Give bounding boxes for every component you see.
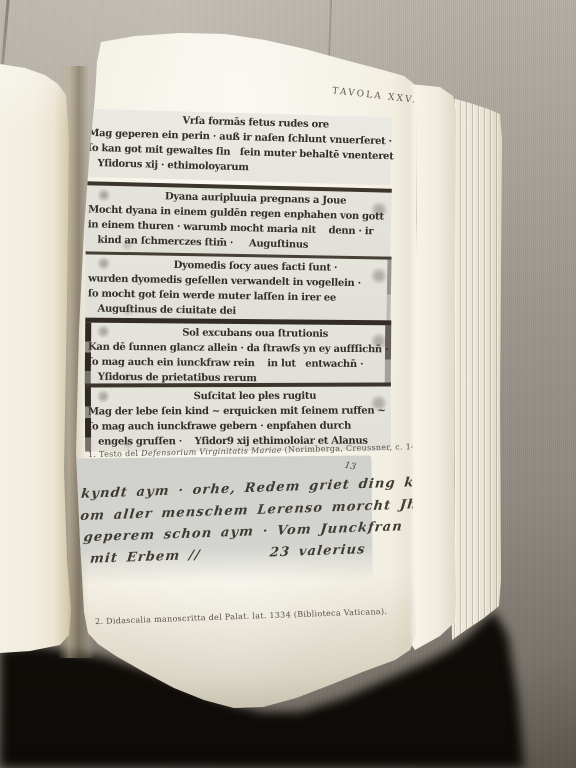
strip-5-line: ſo mag auch iunckfrawe gebern · enpfahen… (88, 418, 388, 434)
strip-5-line: Mag der lebe ſein kind ~ erquicken mit ſ… (88, 403, 388, 419)
caption-2-text: Didascalia manoscritta del Palat. lat. 1… (103, 607, 387, 626)
facsimile-strip-4: Sol excubans oua ſtrutionis Kan dē ſunne… (85, 318, 392, 388)
plate-label: TAVOLA XXV. (332, 86, 418, 106)
manuscript-line: geperem schon aym · Vom Junckfran (83, 519, 404, 545)
page-stack-outer (450, 94, 504, 646)
caption-2: 2. Didascalia manoscritta del Palat. lat… (95, 607, 387, 626)
strip-5-heading: Suſcitat leo ples rugitu (88, 388, 388, 404)
photo-background: TAVOLA XXV. Vrſa formās fetus rudes ore … (0, 0, 576, 768)
facsimile-strip-2: Dyana auripluuia pregnans a Joue Mocht d… (84, 181, 392, 259)
manuscript-page-number: 13 (343, 461, 356, 473)
facsimile-strip-1: Vrſa formās fetus rudes ore Mag geperen … (84, 109, 392, 186)
right-page: TAVOLA XXV. Vrſa formās fetus rudes ore … (64, 30, 418, 712)
manuscript-facsimile: 13 kyndt aym · orhe, Redem griet ding ko… (71, 455, 372, 584)
facsimile-strip-3: Dyomedis ſocy aues facti ſunt · wurden d… (84, 251, 391, 322)
facsimile-strip-5: Suſcitat leo ples rugitu Mag der lebe ſe… (85, 382, 391, 451)
manuscript-line: mit Erbem // 23 valerius (89, 542, 366, 567)
left-page (0, 60, 74, 656)
